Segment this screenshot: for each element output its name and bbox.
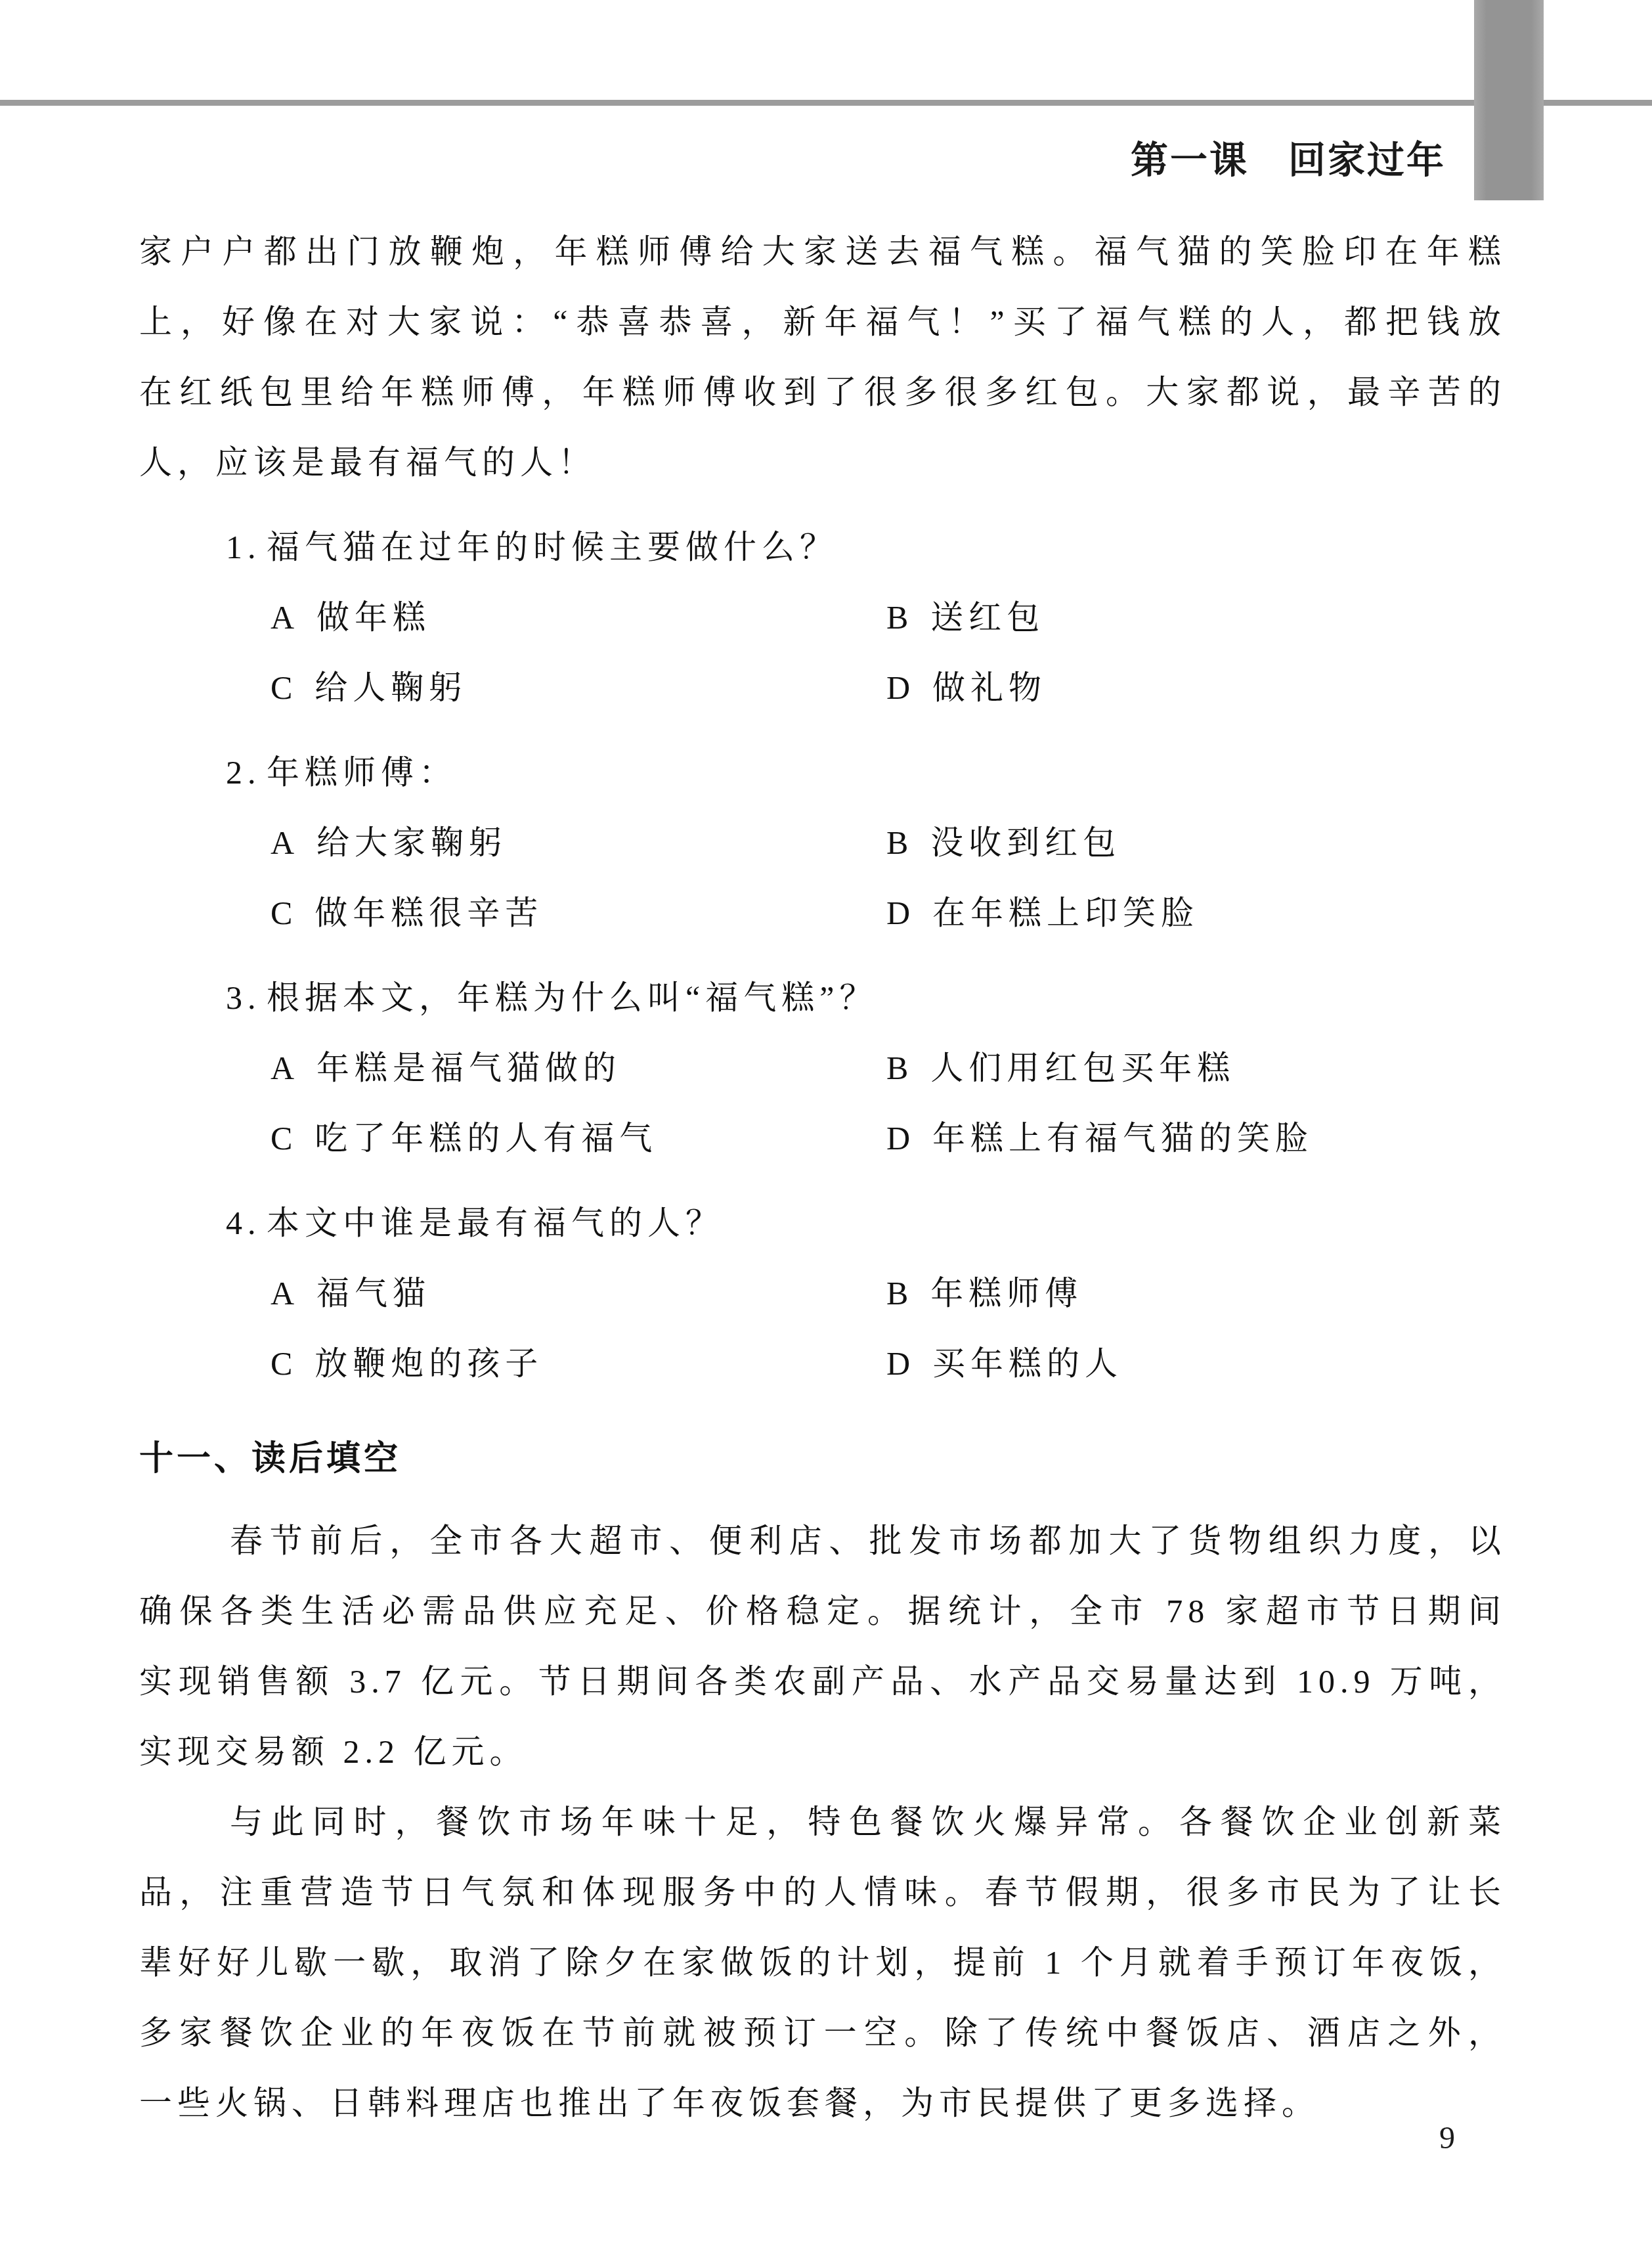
option-1-b: B送红包 [886, 583, 1506, 653]
question-2-options-row-2: C做年糕很辛苦 D在年糕上印笑脸 [139, 878, 1506, 948]
option-3-d: D年糕上有福气猫的笑脸 [886, 1103, 1506, 1174]
paragraph-line: 品，注重营造节日气氛和体现服务中的人情味。春节假期，很多市民为了让长 [139, 1857, 1506, 1928]
passage-line: 上，好像在对大家说：“恭喜恭喜，新年福气！”买了福气糕的人，都把钱放 [139, 287, 1506, 357]
header-rule [0, 100, 1652, 106]
question-4-text: 4.本文中谁是最有福气的人？ [139, 1188, 1506, 1258]
option-2-d: D在年糕上印笑脸 [886, 878, 1506, 948]
option-text: 做礼物 [932, 669, 1047, 706]
section-title: 十一、读后填空 [139, 1424, 1506, 1494]
passage-line: 在红纸包里给年糕师傅，年糕师傅收到了很多很多红包。大家都说，最辛苦的 [139, 357, 1506, 428]
option-4-d: D买年糕的人 [886, 1329, 1506, 1399]
paragraph-line: 确保各类生活必需品供应充足、价格稳定。据统计，全市 78 家超市节日期间 [139, 1576, 1506, 1647]
option-text: 年糕是福气猫做的 [316, 1050, 621, 1086]
running-head-lesson-title: 第一课 回家过年 [1131, 130, 1446, 184]
option-letter: D [886, 1103, 915, 1174]
question-3-options-row-1: A年糕是福气猫做的 B人们用红包买年糕 [139, 1033, 1506, 1103]
question-text: 福气猫在过年的时候主要做什么？ [267, 529, 838, 565]
question-4: 4.本文中谁是最有福气的人？ A福气猫 B年糕师傅 C放鞭炮的孩子 D买年糕的人 [139, 1188, 1506, 1399]
option-letter: C [271, 653, 297, 723]
fill-in-passage-paragraph-2: 与此同时，餐饮市场年味十足，特色餐饮火爆异常。各餐饮企业创新菜 品，注重营造节日… [139, 1787, 1506, 2138]
option-text: 放鞭炮的孩子 [315, 1345, 543, 1382]
option-text: 在年糕上印笑脸 [932, 895, 1199, 931]
paragraph-line: 多家餐饮企业的年夜饭在节前就被预订一空。除了传统中餐饭店、酒店之外， [139, 1998, 1506, 2068]
option-letter: D [886, 878, 915, 948]
question-number: 4. [226, 1188, 267, 1258]
header-corner-bar [1474, 0, 1544, 200]
option-text: 人们用红包买年糕 [930, 1050, 1235, 1086]
question-2: 2.年糕师傅： A给大家鞠躬 B没收到红包 C做年糕很辛苦 D在年糕上印笑脸 [139, 738, 1506, 948]
question-1-options-row-1: A做年糕 B送红包 [139, 583, 1506, 653]
option-1-d: D做礼物 [886, 653, 1506, 723]
paragraph-line: 与此同时，餐饮市场年味十足，特色餐饮火爆异常。各餐饮企业创新菜 [139, 1787, 1506, 1857]
question-1-text: 1.福气猫在过年的时候主要做什么？ [139, 512, 1506, 583]
option-1-c: C给人鞠躬 [271, 653, 886, 723]
option-letter: A [271, 808, 299, 878]
option-text: 做年糕很辛苦 [315, 895, 543, 931]
passage-line: 家户户都出门放鞭炮，年糕师傅给大家送去福气糕。福气猫的笑脸印在年糕 [139, 217, 1506, 287]
question-text: 年糕师傅： [267, 754, 457, 791]
option-text: 年糕上有福气猫的笑脸 [932, 1120, 1313, 1157]
option-4-c: C放鞭炮的孩子 [271, 1329, 886, 1399]
textbook-page: 第一课 回家过年 家户户都出门放鞭炮，年糕师傅给大家送去福气糕。福气猫的笑脸印在… [0, 0, 1652, 2258]
option-1-a: A做年糕 [271, 583, 886, 653]
page-number: 9 [1439, 2120, 1455, 2156]
option-text: 给人鞠躬 [315, 669, 467, 706]
option-text: 年糕师傅 [930, 1275, 1083, 1312]
option-letter: C [271, 1329, 297, 1399]
question-2-text: 2.年糕师傅： [139, 738, 1506, 808]
question-4-options-row-1: A福气猫 B年糕师傅 [139, 1258, 1506, 1329]
question-text: 根据本文，年糕为什么叫“福气糕”？ [267, 979, 877, 1016]
option-letter: B [886, 1033, 913, 1103]
option-4-b: B年糕师傅 [886, 1258, 1506, 1329]
question-3-text: 3.根据本文，年糕为什么叫“福气糕”？ [139, 963, 1506, 1033]
paragraph-line: 实现销售额 3.7 亿元。节日期间各类农副产品、水产品交易量达到 10.9 万吨… [139, 1647, 1506, 1717]
option-text: 吃了年糕的人有福气 [315, 1120, 657, 1157]
passage-continuation: 家户户都出门放鞭炮，年糕师傅给大家送去福气糕。福气猫的笑脸印在年糕 上，好像在对… [139, 217, 1506, 498]
option-2-b: B没收到红包 [886, 808, 1506, 878]
question-1: 1.福气猫在过年的时候主要做什么？ A做年糕 B送红包 C给人鞠躬 D做礼物 [139, 512, 1506, 723]
option-text: 给大家鞠躬 [316, 824, 507, 861]
question-3-options-row-2: C吃了年糕的人有福气 D年糕上有福气猫的笑脸 [139, 1103, 1506, 1174]
option-letter: A [271, 1258, 299, 1329]
option-letter: A [271, 1033, 299, 1103]
option-4-a: A福气猫 [271, 1258, 886, 1329]
fill-in-passage-paragraph-1: 春节前后，全市各大超市、便利店、批发市场都加大了货物组织力度，以 确保各类生活必… [139, 1506, 1506, 1787]
option-letter: B [886, 583, 913, 653]
paragraph-line: 春节前后，全市各大超市、便利店、批发市场都加大了货物组织力度，以 [139, 1506, 1506, 1576]
option-text: 没收到红包 [930, 824, 1121, 861]
paragraph-line: 一些火锅、日韩料理店也推出了年夜饭套餐，为市民提供了更多选择。 [139, 2068, 1506, 2138]
question-number: 3. [226, 963, 267, 1033]
option-text: 福气猫 [316, 1275, 431, 1312]
option-2-c: C做年糕很辛苦 [271, 878, 886, 948]
option-letter: B [886, 1258, 913, 1329]
page-content: 家户户都出门放鞭炮，年糕师傅给大家送去福气糕。福气猫的笑脸印在年糕 上，好像在对… [139, 217, 1506, 2138]
question-text: 本文中谁是最有福气的人？ [267, 1205, 724, 1241]
paragraph-line: 实现交易额 2.2 亿元。 [139, 1717, 1506, 1787]
question-3: 3.根据本文，年糕为什么叫“福气糕”？ A年糕是福气猫做的 B人们用红包买年糕 … [139, 963, 1506, 1174]
option-text: 做年糕 [316, 599, 431, 636]
option-letter: B [886, 808, 913, 878]
question-number: 1. [226, 512, 267, 583]
question-1-options-row-2: C给人鞠躬 D做礼物 [139, 653, 1506, 723]
option-text: 买年糕的人 [932, 1345, 1123, 1382]
option-3-a: A年糕是福气猫做的 [271, 1033, 886, 1103]
option-letter: C [271, 878, 297, 948]
question-2-options-row-1: A给大家鞠躬 B没收到红包 [139, 808, 1506, 878]
question-4-options-row-2: C放鞭炮的孩子 D买年糕的人 [139, 1329, 1506, 1399]
option-3-c: C吃了年糕的人有福气 [271, 1103, 886, 1174]
paragraph-line: 辈好好儿歇一歇，取消了除夕在家做饭的计划，提前 1 个月就着手预订年夜饭， [139, 1928, 1506, 1998]
option-text: 送红包 [930, 599, 1045, 636]
passage-line: 人，应该是最有福气的人！ [139, 428, 1506, 498]
option-3-b: B人们用红包买年糕 [886, 1033, 1506, 1103]
option-letter: D [886, 1329, 915, 1399]
option-letter: D [886, 653, 915, 723]
option-letter: A [271, 583, 299, 653]
question-number: 2. [226, 738, 267, 808]
option-2-a: A给大家鞠躬 [271, 808, 886, 878]
option-letter: C [271, 1103, 297, 1174]
